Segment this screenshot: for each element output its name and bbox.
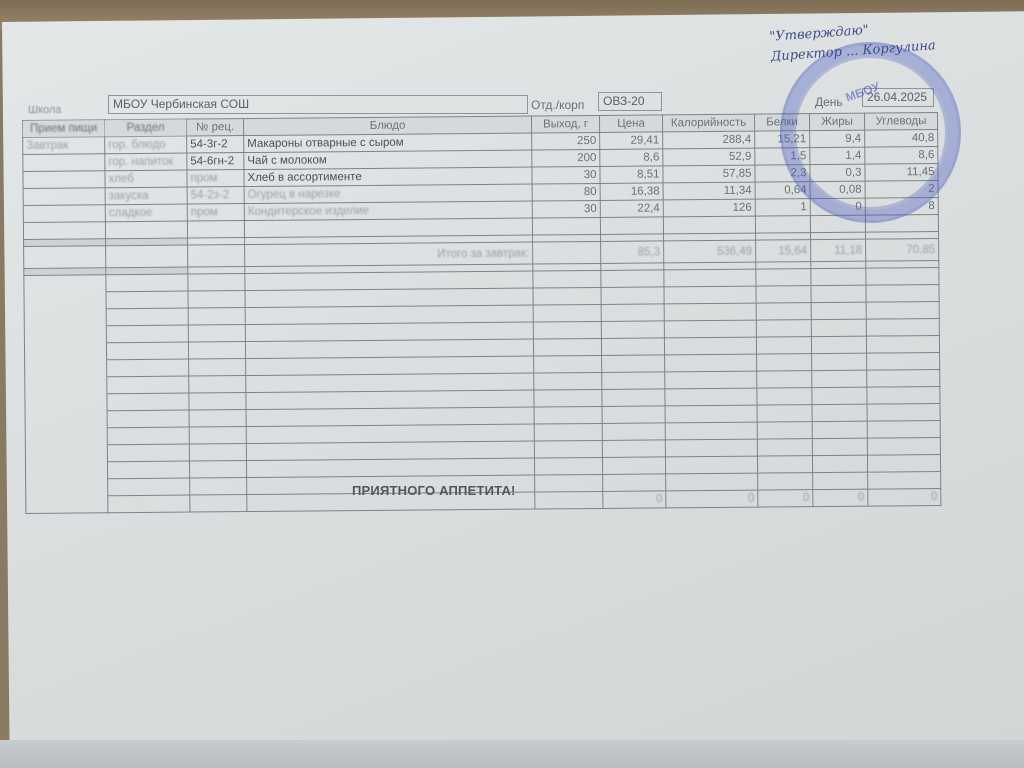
recipe-cell: пром <box>187 170 244 187</box>
col-header-kcal: Калорийность <box>662 114 754 132</box>
meal-cell <box>23 188 105 206</box>
kcal-cell: 52,9 <box>663 148 755 166</box>
yield-cell: 30 <box>532 200 600 218</box>
price-cell: 8,51 <box>600 166 663 184</box>
section-cell: хлеб <box>105 170 187 188</box>
official-stamp <box>780 42 961 223</box>
total-protein: 15,64 <box>756 240 811 262</box>
protein-cell: 1 <box>755 199 810 216</box>
col-header-yield: Выход, г <box>531 115 599 133</box>
price-cell: 29,41 <box>600 132 663 150</box>
meal-cell <box>23 171 105 189</box>
dept-label: Отд./корп <box>531 98 584 112</box>
recipe-cell: пром <box>187 204 244 221</box>
price-cell: 8,6 <box>600 149 663 167</box>
recipe-cell: 54-3г-2 <box>187 136 244 153</box>
kcal-cell: 126 <box>663 199 755 217</box>
price-cell: 22,4 <box>600 200 663 218</box>
recipe-cell: 54-2з-2 <box>187 187 244 204</box>
price-cell: 16,38 <box>600 183 663 201</box>
yield-cell: 200 <box>532 149 600 167</box>
second-total-fat: 0 <box>813 489 868 506</box>
yield-cell: 30 <box>532 166 600 184</box>
total-label: Итого за завтрак: <box>245 242 533 267</box>
dish-cell: Кондитерское изделие <box>244 201 532 221</box>
second-total-protein: 0 <box>758 490 813 507</box>
col-header-recipe: № рец. <box>186 119 243 136</box>
section-cell: сладкое <box>105 204 187 222</box>
yield-cell: 80 <box>532 183 600 201</box>
total-carbs: 70,85 <box>866 239 939 262</box>
col-header-price: Цена <box>599 115 662 133</box>
dept-field: ОВЗ-20 <box>598 92 662 111</box>
section-cell: гор. напиток <box>105 153 187 171</box>
total-price: 85,3 <box>601 241 664 264</box>
meal-cell <box>23 205 105 223</box>
total-kcal: 536,49 <box>664 240 756 263</box>
col-header-meal: Прием пищи <box>23 120 105 138</box>
recipe-cell: 54-6гн-2 <box>187 153 244 170</box>
yield-cell: 250 <box>532 132 600 150</box>
school-field: МБОУ Чербинская СОШ <box>108 95 528 114</box>
col-header-section: Раздел <box>105 119 187 137</box>
second-total-kcal: 0 <box>666 490 758 508</box>
paper-edge <box>0 740 1024 768</box>
kcal-cell: 57,85 <box>663 165 755 183</box>
footer-text: ПРИЯТНОГО АППЕТИТА! <box>352 483 516 498</box>
second-total-price: 0 <box>603 491 666 509</box>
second-total-carbs: 0 <box>868 488 941 506</box>
menu-document: Школа МБОУ Чербинская СОШ Отд./корп ОВЗ-… <box>0 0 1024 768</box>
kcal-cell: 11,34 <box>663 182 755 200</box>
school-label: Школа <box>28 104 61 116</box>
section-cell: гор. блюдо <box>105 136 187 154</box>
kcal-cell: 288,4 <box>663 131 755 149</box>
total-fat: 11,18 <box>811 239 866 261</box>
section-cell: закуска <box>105 187 187 205</box>
meal-cell: Завтрак <box>23 137 105 155</box>
meal-cell <box>23 154 105 172</box>
